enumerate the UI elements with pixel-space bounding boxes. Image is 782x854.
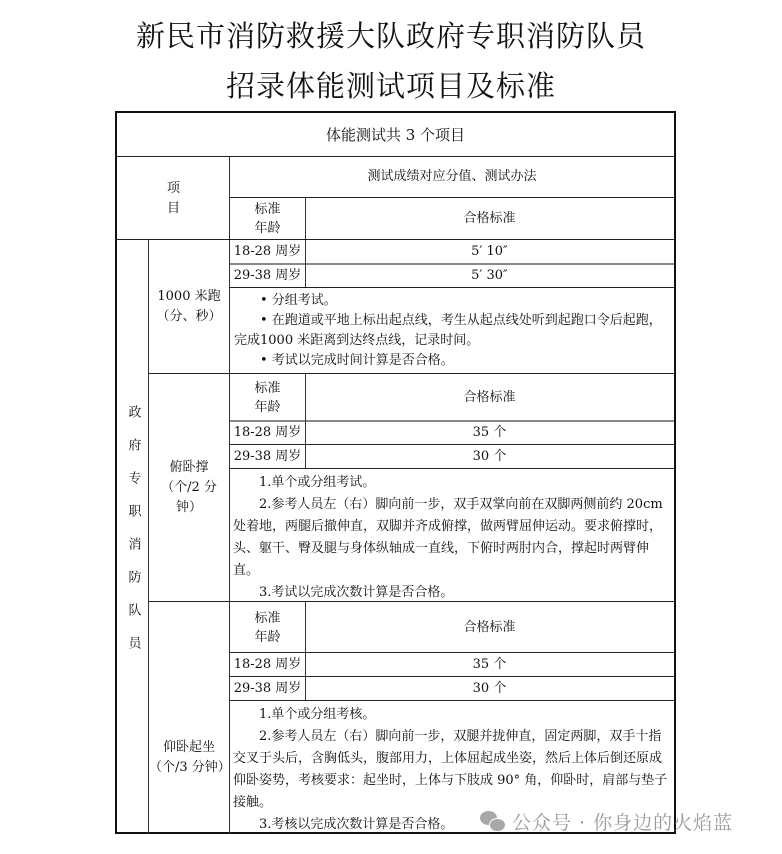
item-header-line2: 目 (167, 199, 180, 219)
pass-standard-header: 合格标准 (305, 197, 674, 240)
divider (305, 602, 306, 701)
age-cell: 29-38 周岁 (230, 445, 305, 469)
standard-cell: 35 个 (305, 421, 674, 445)
document-title-line2: 招录体能测试项目及标准 (0, 64, 782, 105)
item-pushups-name: 俯卧撑 （个/2 分 钟） (149, 374, 229, 602)
pass-standard-subheader: 合格标准 (305, 602, 674, 653)
standard-cell: 35 个 (305, 653, 674, 677)
age-cell: 29-38 周岁 (230, 264, 305, 288)
table-caption: 体能测试共 3 个项目 (117, 113, 674, 157)
item-name-line1: 俯卧撑 (169, 458, 208, 478)
item-name-line1: 仰卧起坐 (163, 738, 215, 758)
age-cell: 18-28 周岁 (230, 653, 305, 677)
item-1000m-run-name: 1000 米跑 （分、秒） (149, 240, 229, 374)
group-label-text: 政府专职消防队员 (123, 405, 143, 669)
item-name-line3: 钟） (176, 498, 202, 518)
divider (305, 374, 306, 469)
age-subheader-line1: 标准 (254, 609, 280, 628)
method-line: • 考试以完成时间计算是否合格。 (234, 351, 670, 371)
pass-standard-subheader: 合格标准 (305, 374, 674, 421)
fitness-standards-table: 体能测试共 3 个项目 项 目 测试成绩对应分值、测试办法 标准 年龄 合格标准… (115, 111, 676, 834)
age-cell: 18-28 周岁 (230, 421, 305, 445)
standard-cell: 5′ 30″ (305, 264, 674, 288)
method-line: 1.单个或分组考核。 (233, 704, 671, 726)
standard-cell: 30 个 (305, 445, 674, 469)
age-header: 标准 年龄 (230, 197, 305, 240)
item-situps-name: 仰卧起坐 （个/3 分钟） (149, 602, 229, 834)
age-cell: 18-28 周岁 (230, 240, 305, 264)
standard-cell: 30 个 (305, 677, 674, 701)
group-label: 政府专职消防队员 (117, 240, 148, 834)
age-subheader-line2: 年龄 (254, 628, 280, 647)
age-header-line1: 标准 (254, 200, 280, 219)
age-subheader-line2: 年龄 (254, 398, 280, 417)
age-header-line2: 年龄 (254, 219, 280, 238)
method-line: 1.单个或分组考试。 (233, 472, 671, 494)
scores-methods-header: 测试成绩对应分值、测试办法 (230, 157, 674, 197)
age-cell: 29-38 周岁 (230, 677, 305, 701)
watermark-text: 公众号 · 你身边的火焰蓝 (512, 808, 733, 835)
method-line: 2.参考人员左（右）脚向前一步，双腿并拢伸直，固定两脚，双手十指交叉于头后，含胸… (233, 726, 671, 814)
item-name-line2: （个/3 分钟） (149, 758, 229, 778)
method-pushups: 1.单个或分组考试。 2.参考人员左（右）脚向前一步，双手双掌向前在双脚两侧前约… (230, 469, 674, 602)
divider (305, 240, 306, 288)
item-name-line1: 1000 米跑 (157, 287, 220, 307)
age-subheader-line1: 标准 (254, 379, 280, 398)
method-line: • 分组考试。 (234, 291, 670, 311)
method-1000m-run: • 分组考试。 • 在跑道或平地上标出起点线，考生从起点线处听到起跑口令后起跑，… (230, 288, 674, 374)
watermark: 公众号 · 你身边的火焰蓝 (480, 808, 733, 835)
item-header: 项 目 (117, 157, 230, 240)
item-header-line1: 项 (167, 179, 180, 199)
age-subheader: 标准 年龄 (230, 374, 305, 421)
age-subheader: 标准 年龄 (230, 602, 305, 653)
standard-cell: 5′ 10″ (305, 240, 674, 264)
item-name-line2: （个/2 分 (161, 478, 217, 498)
method-line: • 在跑道或平地上标出起点线，考生从起点线处听到起跑口令后起跑，完成1000 米… (234, 311, 670, 351)
item-name-line2: （分、秒） (156, 307, 221, 327)
document-title-line1: 新民市消防救援大队政府专职消防队员 (0, 14, 782, 55)
method-line: 2.参考人员左（右）脚向前一步，双手双掌向前在双脚两侧前约 20cm 处着地，两… (233, 494, 671, 582)
wechat-icon (480, 811, 506, 833)
